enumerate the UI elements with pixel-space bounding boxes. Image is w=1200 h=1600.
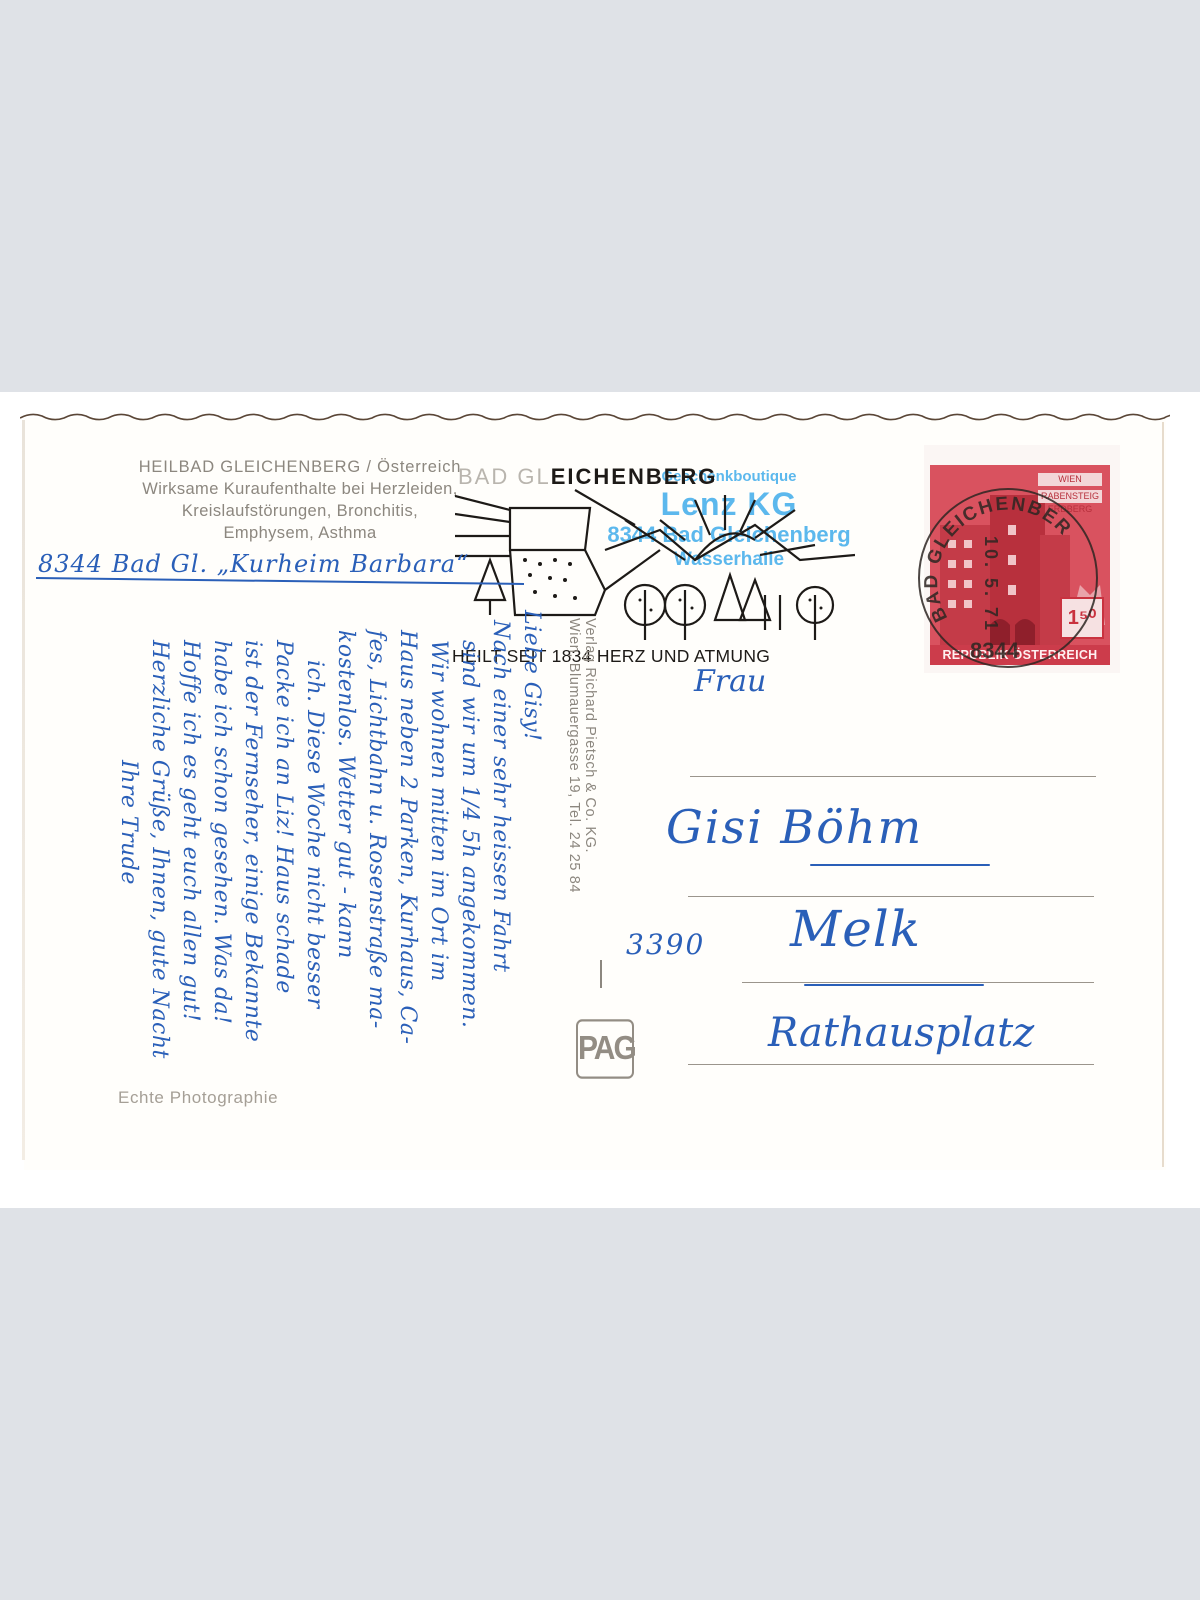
handwritten-message: Liebe Gisy!Nach einer sehr heissen Fahrt… xyxy=(64,600,544,1140)
postcard-left-edge xyxy=(22,420,25,1160)
recipient-city: Melk xyxy=(790,900,921,958)
deckled-edge-icon xyxy=(20,410,1170,426)
recipient-street: Rathausplatz xyxy=(768,1010,1034,1056)
message-line: Wir wohnen mitten im Ort im xyxy=(426,640,451,982)
caption-line-1: HEILBAD GLEICHENBERG / Österreich xyxy=(100,456,500,478)
message-line: Haus neben 2 Parken, Kurhaus, Ca- xyxy=(395,630,420,1044)
message-line: ist der Fernseher, einige Bekannte xyxy=(240,640,265,1042)
postmark-zip: 8344 xyxy=(970,638,1019,664)
message-line: ich. Diese Woche nicht besser xyxy=(302,660,327,1009)
address-line-2 xyxy=(688,896,1094,897)
address-line-3 xyxy=(742,982,1094,983)
caption-line-3: Kreislaufstörungen, Bronchitis, xyxy=(100,500,500,522)
sender-address: 8344 Bad Gl. „Kurheim Barbara“ xyxy=(38,550,469,578)
message-line: Hoffe ich es geht euch allen gut! xyxy=(178,640,203,1022)
name-underline xyxy=(810,864,990,866)
imprint-line-2: Wien, Blumauergasse 19, Tel. 24 25 84 xyxy=(566,618,582,893)
postcard-right-edge xyxy=(1162,422,1164,1167)
message-line: kostenlos. Wetter gut - kann xyxy=(333,630,358,959)
recipient-name: Gisi Böhm xyxy=(666,800,923,854)
caption-line-2: Wirksame Kuraufenthalte bei Herzleiden, xyxy=(100,478,500,500)
message-line: Packe ich an Liz! Haus schade xyxy=(271,640,296,994)
postmark-date: 10. 5. 71 xyxy=(980,536,1001,633)
message-line: fes, Lichtbahn u. Rosenstraße ma- xyxy=(364,630,389,1029)
recipient-salutation: Frau xyxy=(694,664,766,699)
imprint-line-1: Verlag Richard Pietsch & Co. KG. xyxy=(582,618,598,853)
message-line: Liebe Gisy! xyxy=(519,610,544,741)
message-line: Ihre Trude xyxy=(116,760,141,885)
printed-caption: HEILBAD GLEICHENBERG / Österreich Wirksa… xyxy=(100,456,500,544)
city-underline xyxy=(804,984,984,986)
publisher-imprint: Verlag Richard Pietsch & Co. KG. Wien, B… xyxy=(566,618,598,893)
publisher-logo: PAG xyxy=(576,1019,634,1078)
message-line: Nach einer sehr heissen Fahrt xyxy=(488,620,513,973)
address-line-1 xyxy=(690,776,1096,777)
message-line: sind wir um 1/4 5h angekommen. xyxy=(457,640,482,1028)
address-line-4 xyxy=(688,1064,1094,1065)
caption-line-4: Emphysem, Asthma xyxy=(100,522,500,544)
divider xyxy=(600,960,602,988)
stamp-label-top: WIEN xyxy=(1038,473,1102,486)
message-line: habe ich schon gesehen. Was da! xyxy=(209,640,234,1024)
message-line: Herzliche Grüße, Ihnen, gute Nacht xyxy=(147,640,172,1059)
recipient-zip: 3390 xyxy=(626,928,705,961)
